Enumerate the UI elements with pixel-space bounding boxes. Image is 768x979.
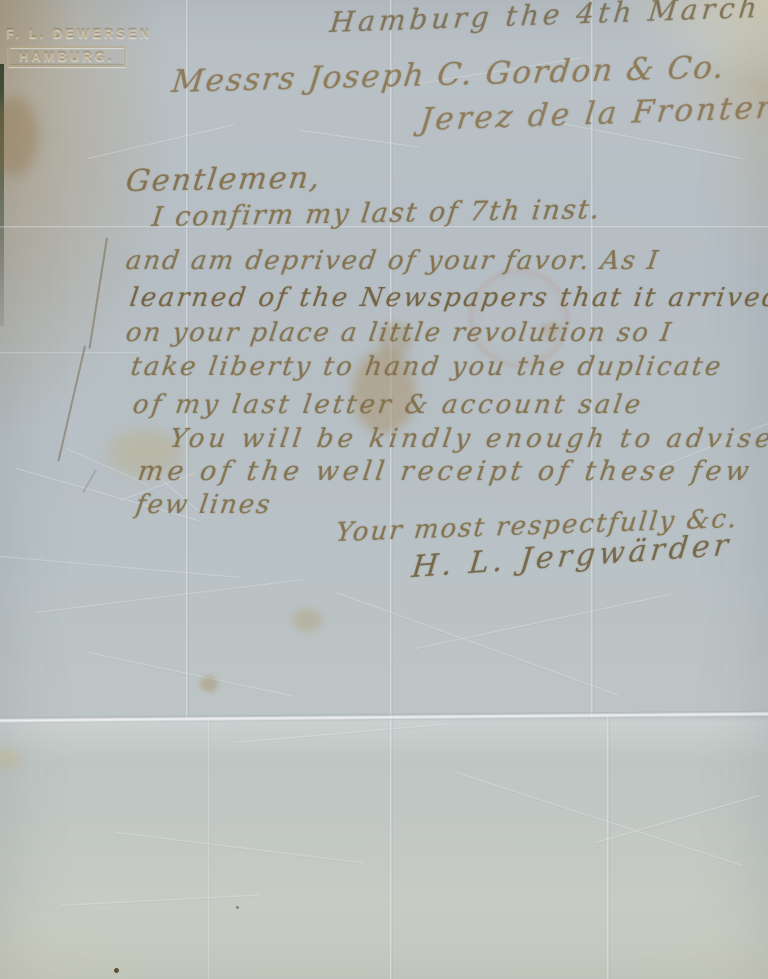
- body-line: and am deprived of your favor. As I: [124, 246, 662, 276]
- scan-edge: [0, 64, 4, 326]
- fold-line: [390, 0, 393, 979]
- crease-mark: [632, 422, 768, 480]
- recipient-line: Jerez de la Frontera: [418, 89, 768, 138]
- letter-scan: F. L. DEWERSEN HAMBURG. Hamburg the 4th: [0, 0, 768, 979]
- embossed-name: F. L. DEWERSEN: [6, 26, 152, 41]
- body-line: of my last letter & account sale: [131, 390, 645, 420]
- stain: [200, 676, 218, 692]
- crease-mark: [16, 468, 199, 522]
- crease-mark: [336, 592, 619, 696]
- body-line: take liberty to hand you the duplicate: [129, 352, 725, 382]
- stain: [0, 96, 38, 176]
- stain: [292, 608, 322, 632]
- stain: [352, 350, 416, 434]
- crease-mark: [88, 124, 235, 160]
- fold-line: [591, 0, 594, 718]
- crease-mark: [116, 832, 364, 864]
- crease-mark: [596, 795, 760, 844]
- crease-mark: [88, 652, 294, 698]
- crease-mark: [456, 772, 742, 867]
- crease-mark: [149, 470, 204, 517]
- stain: [540, 322, 560, 338]
- fold-line: [0, 226, 768, 229]
- speck: [236, 906, 239, 909]
- crease-mark: [60, 895, 260, 907]
- crease-mark: [120, 473, 196, 502]
- embossed-letterhead: F. L. DEWERSEN HAMBURG.: [6, 26, 152, 67]
- crease-mark: [300, 130, 419, 149]
- body-line: me of the well receipt of these few: [136, 456, 755, 487]
- ink-mark: [82, 470, 97, 494]
- body-line: few lines: [134, 490, 274, 520]
- fold-line: [607, 716, 610, 979]
- crease-mark: [0, 556, 239, 579]
- signature: H. L. Jergwärder: [410, 527, 734, 585]
- ink-mark: [57, 346, 85, 461]
- stain: [0, 748, 20, 770]
- crease-mark: [556, 122, 743, 160]
- salutation: Gentlemen,: [124, 161, 324, 199]
- crease-mark: [414, 57, 582, 86]
- ink-mark: [88, 238, 107, 349]
- recipient-line: Messrs Joseph C. Gordon & Co.: [170, 49, 727, 100]
- crease-mark: [66, 448, 149, 486]
- fold-line: [186, 0, 189, 718]
- fold-line: [0, 711, 768, 724]
- crease-mark: [416, 594, 671, 650]
- closing: Your most respectfully &c.: [334, 504, 739, 548]
- crease-mark: [236, 724, 445, 744]
- body-line: You will be kindly enough to advise: [168, 424, 768, 454]
- crease-mark: [36, 579, 304, 614]
- body-line: on your place a little revolution so I: [124, 318, 675, 348]
- postmark-stamp: [468, 268, 570, 368]
- fold-line: [208, 716, 211, 979]
- stain: [108, 430, 182, 476]
- body-line: learned of the Newspapers that it arrive…: [128, 283, 768, 313]
- fold-line: [0, 352, 140, 355]
- body-line: I confirm my last of 7th inst.: [150, 194, 603, 233]
- embossed-city: HAMBURG.: [8, 46, 126, 67]
- speck: [114, 968, 119, 973]
- stain: [378, 322, 412, 358]
- letter-dateline: Hamburg the 4th March 18: [328, 0, 768, 39]
